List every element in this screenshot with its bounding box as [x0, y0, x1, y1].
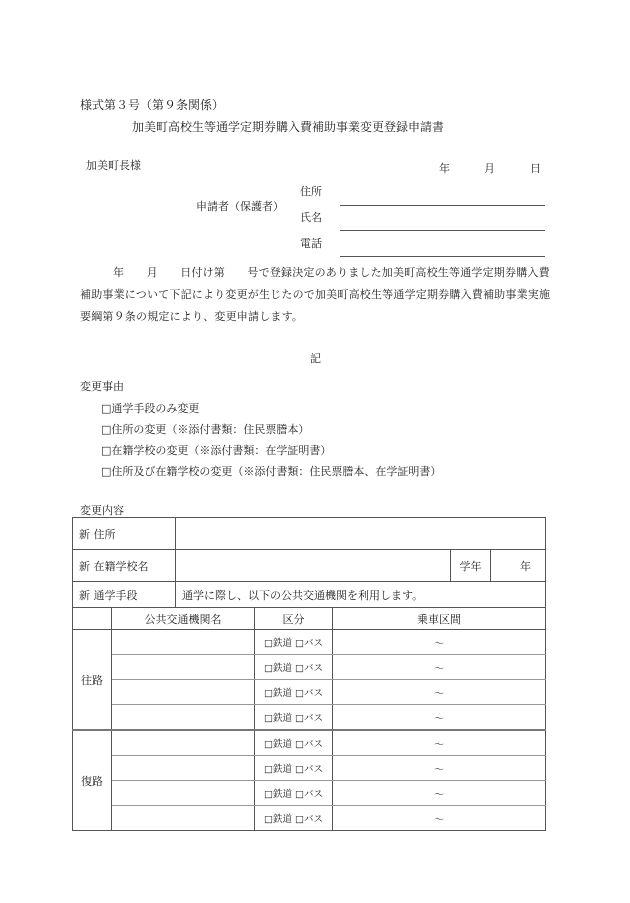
body-line-2: 補助事業について下記により変更が生じたので加美町高校生等通学定期券購入費補助事業…: [80, 284, 545, 306]
applicant-name-label: 氏名: [300, 209, 322, 225]
outbound-section-field[interactable]: ～: [333, 705, 546, 731]
changes-table: 新 住所 新 在籍学校名 学年 年 新 通学手段 通学に際し、以下の公共交通機関…: [72, 517, 546, 608]
date-day-label: 日: [530, 160, 541, 176]
new-address-field[interactable]: [176, 518, 546, 550]
return-row: □鉄道 □バス ～: [73, 756, 546, 781]
date-year-label: 年: [439, 160, 450, 176]
grade-field[interactable]: 年: [491, 550, 546, 582]
return-name-field[interactable]: [112, 781, 255, 806]
outbound-row: □鉄道 □バス ～: [73, 680, 546, 705]
outbound-name-field[interactable]: [112, 680, 255, 705]
routes-header-name: 公共交通機関名: [112, 608, 255, 630]
applicant-phone-label: 電話: [300, 235, 322, 251]
return-row: □鉄道 □バス ～: [73, 781, 546, 806]
applicant-name-field[interactable]: [340, 230, 545, 231]
form-title: 加美町高校生等通学定期券購入費補助事業変更登録申請書: [132, 118, 444, 135]
outbound-label: 往路: [73, 630, 112, 731]
reason-option-address[interactable]: □住所の変更（※添付書類：住民票謄本）: [101, 421, 309, 437]
outbound-section-field[interactable]: ～: [333, 655, 546, 680]
addressee: 加美町長様: [86, 157, 141, 173]
return-label: 復路: [73, 730, 112, 831]
reason-option-school[interactable]: □在籍学校の変更（※添付書類：在学証明書）: [101, 442, 331, 458]
reason-option-transport-only[interactable]: □通学手段のみ変更: [101, 400, 199, 416]
applicant-phone-field[interactable]: [340, 256, 545, 257]
routes-table: 公共交通機関名 区分 乗車区間 往路 □鉄道 □バス ～ □鉄道 □バス ～ □…: [72, 607, 546, 831]
return-kind-checkboxes[interactable]: □鉄道 □バス: [255, 806, 333, 831]
return-section-field[interactable]: ～: [333, 756, 546, 781]
routes-header-section: 乗車区間: [333, 608, 546, 630]
outbound-section-field[interactable]: ～: [333, 680, 546, 705]
routes-header-row: 公共交通機関名 区分 乗車区間: [73, 608, 546, 630]
body-line-1: 年 月 日付け第 号で登録決定のありました加美町高校生等通学定期券購入費: [80, 262, 545, 284]
outbound-row: □鉄道 □バス ～: [73, 655, 546, 680]
outbound-row: 往路 □鉄道 □バス ～: [73, 630, 546, 655]
new-address-label: 新 住所: [73, 518, 176, 550]
outbound-name-field[interactable]: [112, 655, 255, 680]
ki-heading: 記: [310, 350, 321, 366]
outbound-kind-checkboxes[interactable]: □鉄道 □バス: [255, 680, 333, 705]
applicant-address-field[interactable]: [340, 205, 545, 206]
new-address-row: 新 住所: [73, 518, 546, 550]
routes-header-direction: [73, 608, 112, 630]
return-kind-checkboxes[interactable]: □鉄道 □バス: [255, 730, 333, 756]
outbound-name-field[interactable]: [112, 630, 255, 655]
outbound-kind-checkboxes[interactable]: □鉄道 □バス: [255, 630, 333, 655]
outbound-section-field[interactable]: ～: [333, 630, 546, 655]
new-transport-text: 通学に際し、以下の公共交通機関を利用します。: [176, 582, 546, 608]
outbound-kind-checkboxes[interactable]: □鉄道 □バス: [255, 705, 333, 731]
outbound-row: □鉄道 □バス ～: [73, 705, 546, 731]
outbound-kind-checkboxes[interactable]: □鉄道 □バス: [255, 655, 333, 680]
new-school-field[interactable]: [176, 550, 451, 582]
new-transport-label: 新 通学手段: [73, 582, 176, 608]
return-name-field[interactable]: [112, 756, 255, 781]
changes-heading: 変更内容: [80, 502, 124, 518]
return-section-field[interactable]: ～: [333, 730, 546, 756]
new-school-row: 新 在籍学校名 学年 年: [73, 550, 546, 582]
return-name-field[interactable]: [112, 730, 255, 756]
body-paragraph: 年 月 日付け第 号で登録決定のありました加美町高校生等通学定期券購入費 補助事…: [80, 262, 545, 328]
reason-option-address-and-school[interactable]: □住所及び在籍学校の変更（※添付書類：住民票謄本、在学証明書）: [101, 463, 441, 479]
new-school-label: 新 在籍学校名: [73, 550, 176, 582]
applicant-address-label: 住所: [300, 183, 322, 199]
outbound-name-field[interactable]: [112, 705, 255, 731]
applicant-label: 申請者（保護者）: [196, 198, 284, 214]
form-number: 様式第３号（第９条関係）: [80, 96, 224, 113]
reasons-heading: 変更事由: [80, 378, 124, 394]
return-section-field[interactable]: ～: [333, 781, 546, 806]
return-kind-checkboxes[interactable]: □鉄道 □バス: [255, 756, 333, 781]
return-kind-checkboxes[interactable]: □鉄道 □バス: [255, 781, 333, 806]
date-month-label: 月: [484, 160, 495, 176]
return-row: □鉄道 □バス ～: [73, 806, 546, 831]
return-section-field[interactable]: ～: [333, 806, 546, 831]
return-row: 復路 □鉄道 □バス ～: [73, 730, 546, 756]
return-name-field[interactable]: [112, 806, 255, 831]
new-transport-row: 新 通学手段 通学に際し、以下の公共交通機関を利用します。: [73, 582, 546, 608]
grade-label: 学年: [451, 550, 491, 582]
body-line-3: 要綱第９条の規定により、変更申請します。: [80, 306, 545, 328]
routes-header-kind: 区分: [255, 608, 333, 630]
